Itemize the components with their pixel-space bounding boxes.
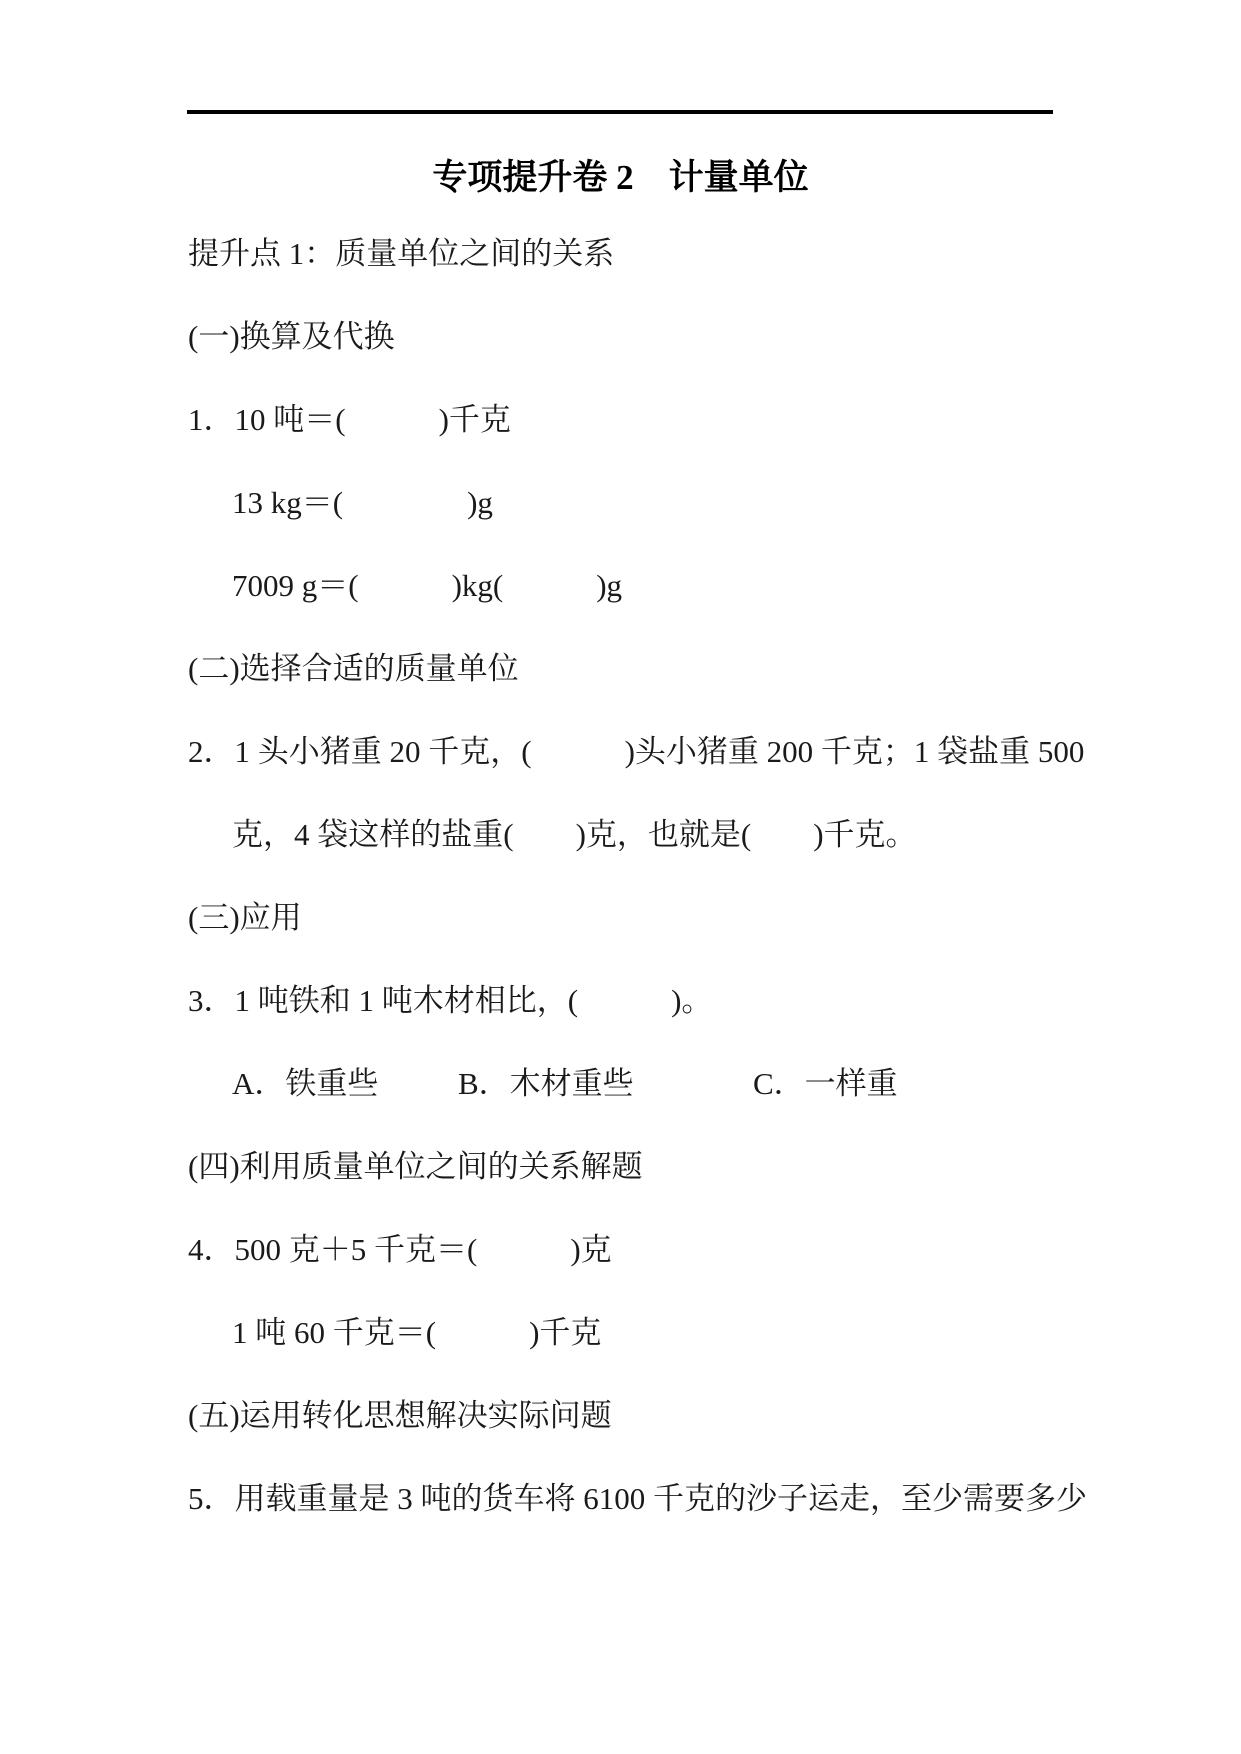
q2-line-1: 2．1 头小猪重 20 千克，( )头小猪重 200 千克；1 袋盐重 500 [188, 710, 1198, 793]
part-3-heading: (三)应用 [188, 876, 1198, 959]
q1-line-g: 7009 g＝( )kg( )g [188, 544, 1198, 627]
part-4-heading: (四)利用质量单位之间的关系解题 [188, 1125, 1198, 1208]
q4-line-2: 1 吨 60 千克＝( )千克 [188, 1291, 1198, 1374]
part-2-heading: (二)选择合适的质量单位 [188, 627, 1198, 710]
point-1-heading: 提升点 1：质量单位之间的关系 [188, 212, 1198, 295]
header-rule [187, 110, 1053, 114]
part-5-heading: (五)运用转化思想解决实际问题 [188, 1374, 1198, 1457]
q1-line-kg: 13 kg＝( )g [188, 461, 1198, 544]
worksheet-body: 提升点 1：质量单位之间的关系 (一)换算及代换 1．10 吨＝( )千克 13… [188, 212, 1198, 1540]
q3-stem: 3．1 吨铁和 1 吨木材相比，( )。 [188, 959, 1198, 1042]
q2-line-2: 克，4 袋这样的盐重( )克，也就是( )千克。 [188, 793, 1198, 876]
q4-line-1: 4．500 克＋5 千克＝( )克 [188, 1208, 1198, 1291]
q5-stem: 5．用载重量是 3 吨的货车将 6100 千克的沙子运走，至少需要多少 [188, 1457, 1198, 1540]
q3-option-c: C．一样重 [753, 1042, 898, 1125]
q3-options: A．铁重些 B．木材重些 C．一样重 [188, 1042, 1198, 1125]
worksheet-page: 专项提升卷 2 计量单位 提升点 1：质量单位之间的关系 (一)换算及代换 1．… [0, 0, 1241, 1754]
q3-option-b: B．木材重些 [458, 1042, 634, 1125]
part-1-heading: (一)换算及代换 [188, 295, 1198, 378]
q1-line-tons: 1．10 吨＝( )千克 [188, 378, 1198, 461]
q3-option-a: A．铁重些 [232, 1042, 378, 1125]
worksheet-title: 专项提升卷 2 计量单位 [0, 158, 1241, 198]
